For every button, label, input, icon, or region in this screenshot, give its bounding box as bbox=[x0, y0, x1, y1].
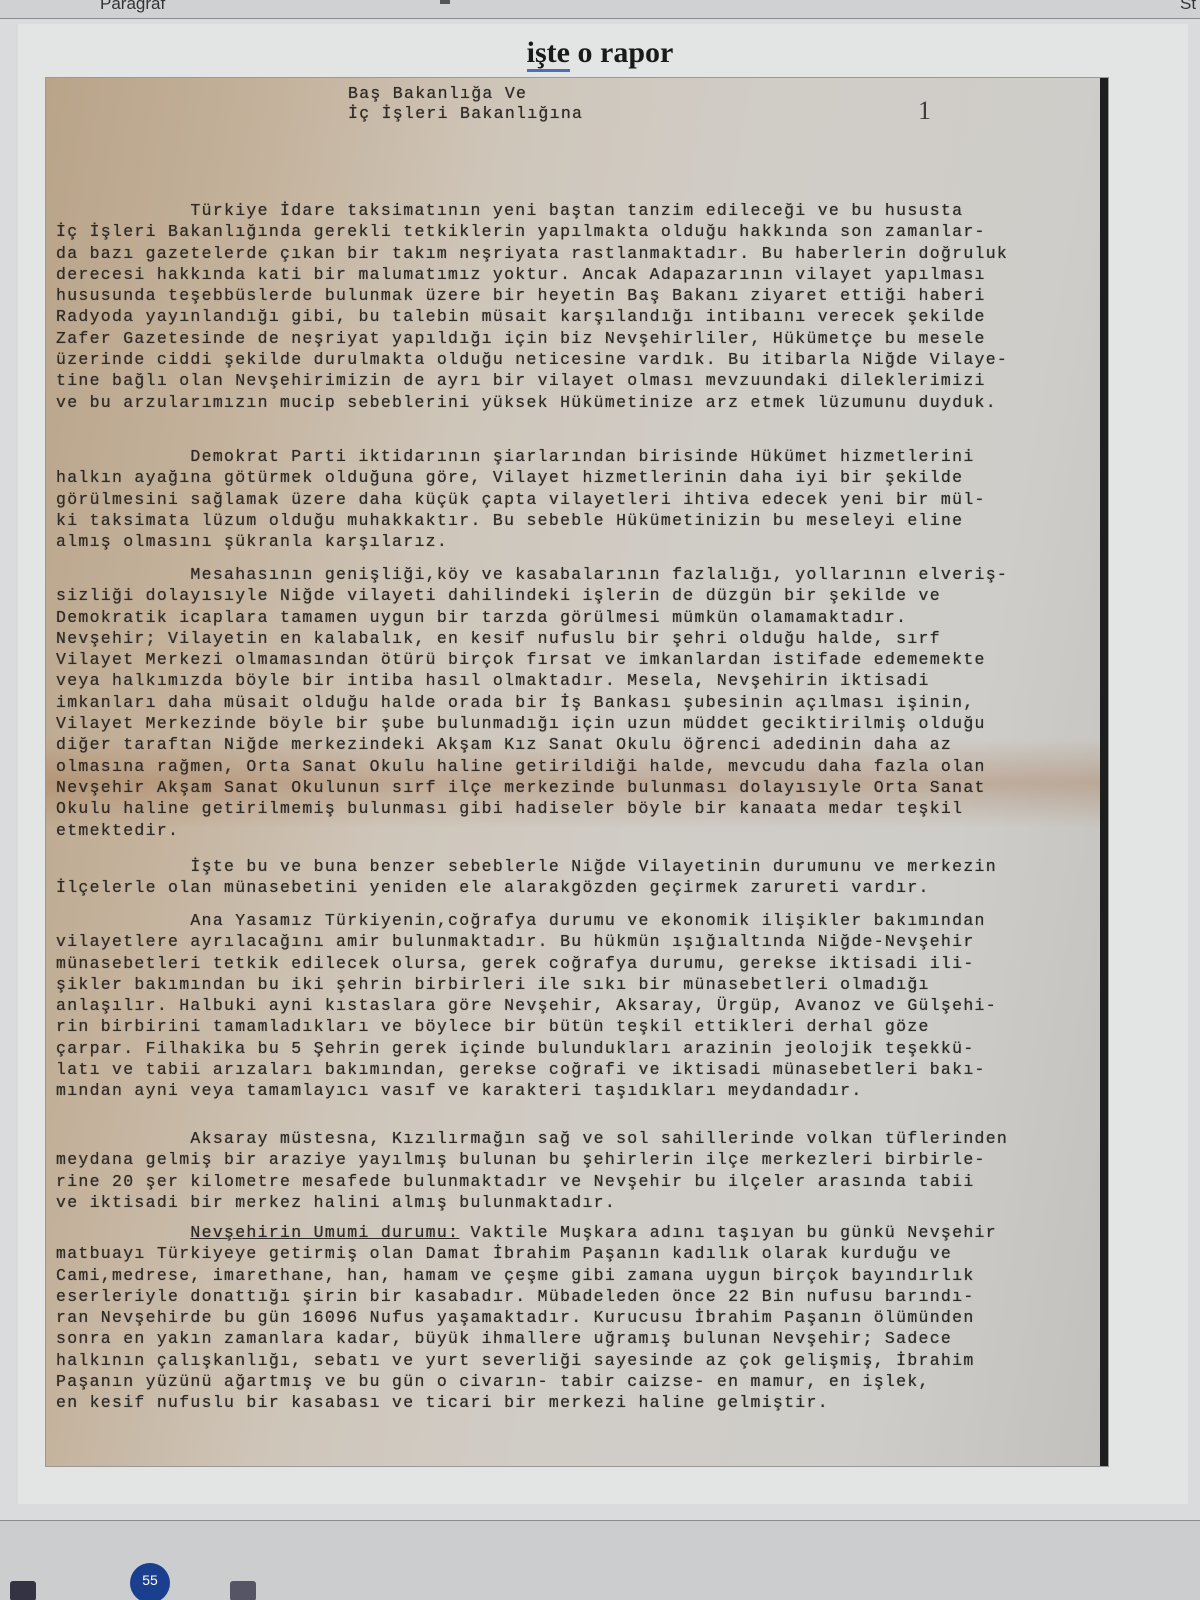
letter-paragraph: Ana Yasamız Türkiyenin,coğrafya durumu v… bbox=[56, 910, 997, 1102]
letter-address: Baş Bakanlığa Ve İç İşleri Bakanlığına bbox=[348, 84, 583, 124]
paragraph-group-label[interactable]: Paragraf bbox=[100, 0, 165, 14]
scanned-letter-image[interactable]: Baş Bakanlığa Ve İç İşleri Bakanlığına 1… bbox=[46, 78, 1108, 1466]
letter-paragraph-nevsehir: Nevşehirin Umumi durumu: Vaktile Muşkara… bbox=[56, 1222, 997, 1414]
letter-paragraph: Mesahasının genişliği,köy ve kasabaların… bbox=[56, 564, 1008, 841]
document-title-rest: o rapor bbox=[570, 36, 673, 69]
spellcheck-word[interactable]: işte bbox=[527, 36, 570, 72]
taskbar-app-icon[interactable] bbox=[230, 1581, 256, 1600]
taskbar: 55 bbox=[0, 1520, 1200, 1600]
letter-paragraph: İşte bu ve buna benzer sebeblerle Niğde … bbox=[56, 856, 997, 899]
section-text: Vaktile Muşkara adını taşıyan bu günkü N… bbox=[56, 1223, 997, 1412]
word-ribbon: Paragraf St bbox=[0, 0, 1200, 19]
letter-paragraph: Demokrat Parti iktidarının şiarlarından … bbox=[56, 446, 986, 552]
taskbar-badge-icon[interactable]: 55 bbox=[130, 1563, 170, 1600]
taskbar-app-icon[interactable] bbox=[10, 1581, 36, 1600]
ribbon-icon[interactable] bbox=[440, 0, 450, 4]
letter-paragraph: Aksaray müstesna, Kızılırmağın sağ ve so… bbox=[56, 1128, 1008, 1213]
letter-paragraph: Türkiye İdare taksimatının yeni baştan t… bbox=[56, 200, 1008, 413]
document-title[interactable]: işte o rapor bbox=[0, 36, 1200, 70]
section-heading: Nevşehirin Umumi durumu: bbox=[190, 1223, 459, 1242]
handwritten-page-number: 1 bbox=[918, 96, 931, 126]
styles-group-label[interactable]: St bbox=[1180, 0, 1196, 14]
